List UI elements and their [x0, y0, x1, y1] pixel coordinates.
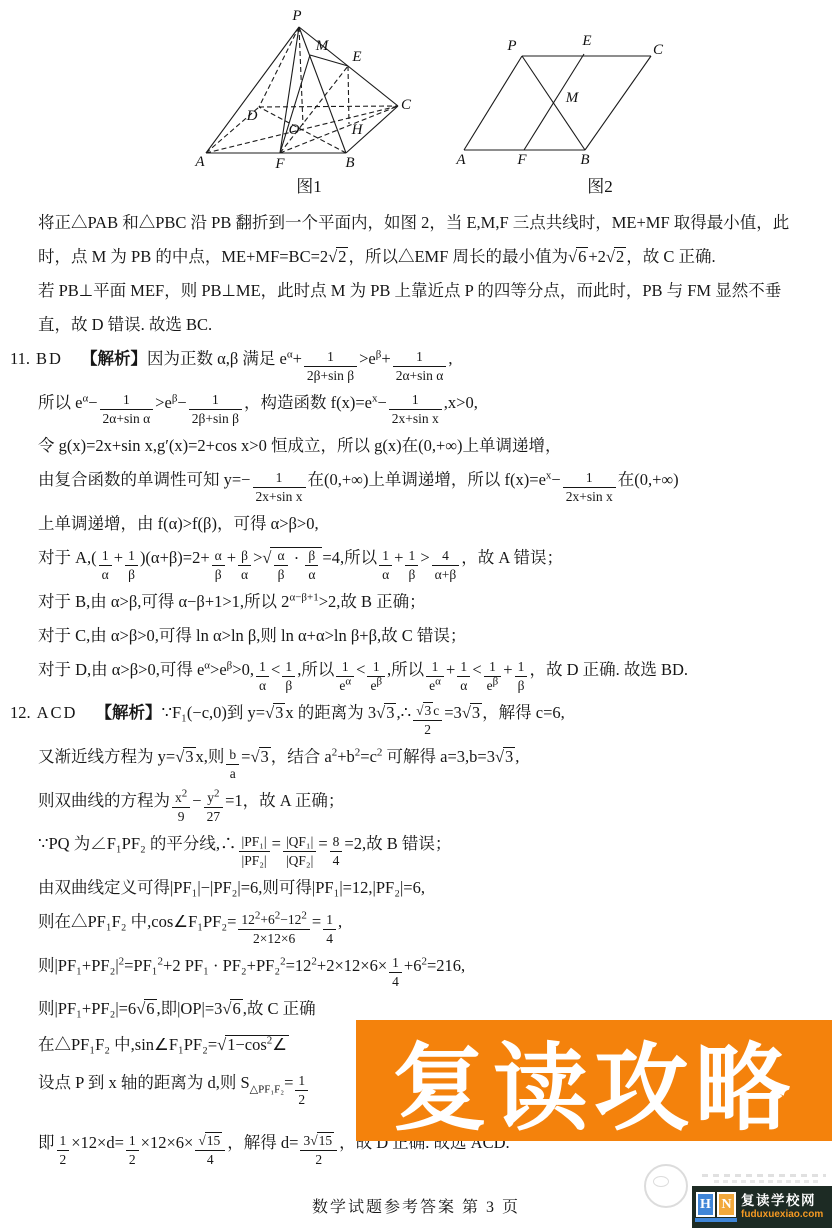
figure2-point-label: C — [653, 42, 664, 58]
site-name: 复读学校网 — [741, 1194, 823, 1208]
figure1-point-label: P — [291, 8, 301, 24]
figure1-point-label: F — [274, 156, 285, 172]
site-logo: H N 复读学校网 fuduxuexiao.com — [692, 1186, 832, 1228]
site-url: fuduxuexiao.com — [741, 1210, 823, 1220]
figure2-edge — [585, 56, 651, 150]
figure1-point-label: O — [289, 122, 300, 138]
problem-number: 11. — [10, 349, 30, 368]
math-line: 若 PB⊥平面 MEF，则 PB⊥ME，此时点 M 为 PB 上靠近点 P 的四… — [38, 276, 828, 306]
problem-11-solution: 11.BD【解析】因为正数 α,β 满足 eα+12β+sin β>eβ+12α… — [38, 344, 828, 694]
figure1-point-label: M — [315, 38, 330, 54]
figure1-edge — [348, 66, 349, 124]
problem-number: 12. — [10, 703, 31, 722]
geometry-figures-diagram: PMECDOHAFB图1PECMAFB图2 — [0, 0, 832, 200]
figures-area: PMECDOHAFB图1PECMAFB图2 — [0, 0, 832, 200]
figure1-edge — [280, 55, 310, 153]
math-line: 直，故 D 错误. 故选 BC. — [38, 310, 828, 340]
math-line: 又渐近线方程为 y=√3x,则ba=√3，结合 a2+b2=c2 可解得 a=3… — [38, 742, 828, 782]
figure2-point-label: B — [580, 152, 589, 168]
ghost-emoji-watermark — [644, 1164, 688, 1208]
logo-book-h: H — [696, 1192, 715, 1217]
figure1-point-label: D — [246, 108, 258, 124]
promo-banner: 复读攻略 — [356, 1020, 832, 1141]
math-line: 上单调递增，由 f(α)>f(β)，可得 α>β>0, — [38, 509, 828, 539]
logo-book-n: N — [717, 1192, 736, 1217]
math-line: 对于 C,由 α>β>0,可得 ln α>ln β,则 ln α+α>ln β+… — [38, 621, 828, 651]
math-line: 所以 eα−12α+sin α>eβ−12β+sin β，构造函数 f(x)=e… — [38, 388, 828, 428]
math-line: 对于 D,由 α>β>0,可得 eα>eβ>0,1α<1β,所以1eα<1eβ,… — [38, 655, 828, 695]
problem-answer: BD — [36, 349, 63, 368]
figure2-point-label: E — [581, 33, 591, 49]
figure2-point-label: F — [516, 152, 527, 168]
math-line: 由双曲线定义可得|PF₁|−|PF₂|=6,则可得|PF₁|=12,|PF₂|=… — [38, 873, 828, 903]
logo-books-icon: H N — [696, 1192, 736, 1222]
figure1-edge — [310, 55, 348, 66]
promo-banner-text: 复读攻略 — [392, 1013, 796, 1149]
math-line: 则双曲线的方程为x29−y227=1，故 A 正确； — [38, 786, 828, 826]
logo-book-shelf — [695, 1218, 737, 1222]
figure1-point-label: B — [345, 155, 354, 171]
figure1-caption: 图1 — [296, 177, 322, 196]
faint-watermark-smudge — [714, 1180, 820, 1183]
problem-10-continuation: 将正△PAB 和△PBC 沿 PB 翻折到一个平面内，如图 2，当 E,M,F … — [38, 208, 828, 340]
figure2-edge — [464, 56, 522, 150]
figure1-point-label: E — [351, 49, 361, 65]
math-line: 令 g(x)=2x+sin x,g′(x)=2+cos x>0 恒成立，所以 g… — [38, 431, 828, 461]
logo-text: 复读学校网 fuduxuexiao.com — [741, 1194, 823, 1221]
math-line: 11.BD【解析】因为正数 α,β 满足 eα+12β+sin β>eβ+12α… — [10, 344, 828, 384]
figure1-point-label: C — [401, 97, 412, 113]
math-line: 对于 A,(1α+1β)(α+β)=2+αβ+βα>√αβ · βα=4,所以1… — [38, 543, 828, 583]
page-root: { "banner": { "text": "复读攻略", "bg": "#F4… — [0, 0, 832, 1228]
math-line: 对于 B,由 α>β,可得 α−β+1>1,所以 2α−β+1>2,故 B 正确… — [38, 587, 828, 617]
figure2-point-label: P — [506, 38, 516, 54]
problem-answer: ACD — [37, 703, 78, 722]
figure2-point-label: A — [455, 152, 466, 168]
math-line: 时，点 M 为 PB 的中点，ME+MF=BC=2√2，所以△EMF 周长的最小… — [38, 242, 828, 272]
figure1-edge — [259, 107, 346, 153]
math-line: 由复合函数的单调性可知 y=−12x+sin x在(0,+∞)上单调递增，所以 … — [38, 465, 828, 505]
figure1-point-label: H — [351, 122, 364, 138]
math-line: 12.ACD【解析】∵F₁(−c,0)到 y=√3x 的距离为 3√3,∴√3c… — [10, 698, 828, 738]
figure2-point-label: M — [565, 90, 580, 106]
figure1-point-label: A — [194, 154, 205, 170]
math-line: ∵PQ 为∠F₁PF₂ 的平分线,∴|PF₁||PF₂|=|QF₁||QF₂|=… — [38, 829, 828, 869]
faint-watermark-smudge — [702, 1174, 826, 1177]
math-line: 则|PF₁+PF₂|2=PF₁2+2 PF₁ · PF₂+PF₂2=122+2×… — [38, 951, 828, 991]
math-line: 将正△PAB 和△PBC 沿 PB 翻折到一个平面内，如图 2，当 E,M,F … — [38, 208, 828, 238]
figure2-caption: 图2 — [587, 177, 613, 196]
figure1-edge — [299, 27, 303, 125]
math-line: 则在△PF₁F₂ 中,cos∠F₁PF₂=122+62−1222×12×6=14… — [38, 907, 828, 947]
